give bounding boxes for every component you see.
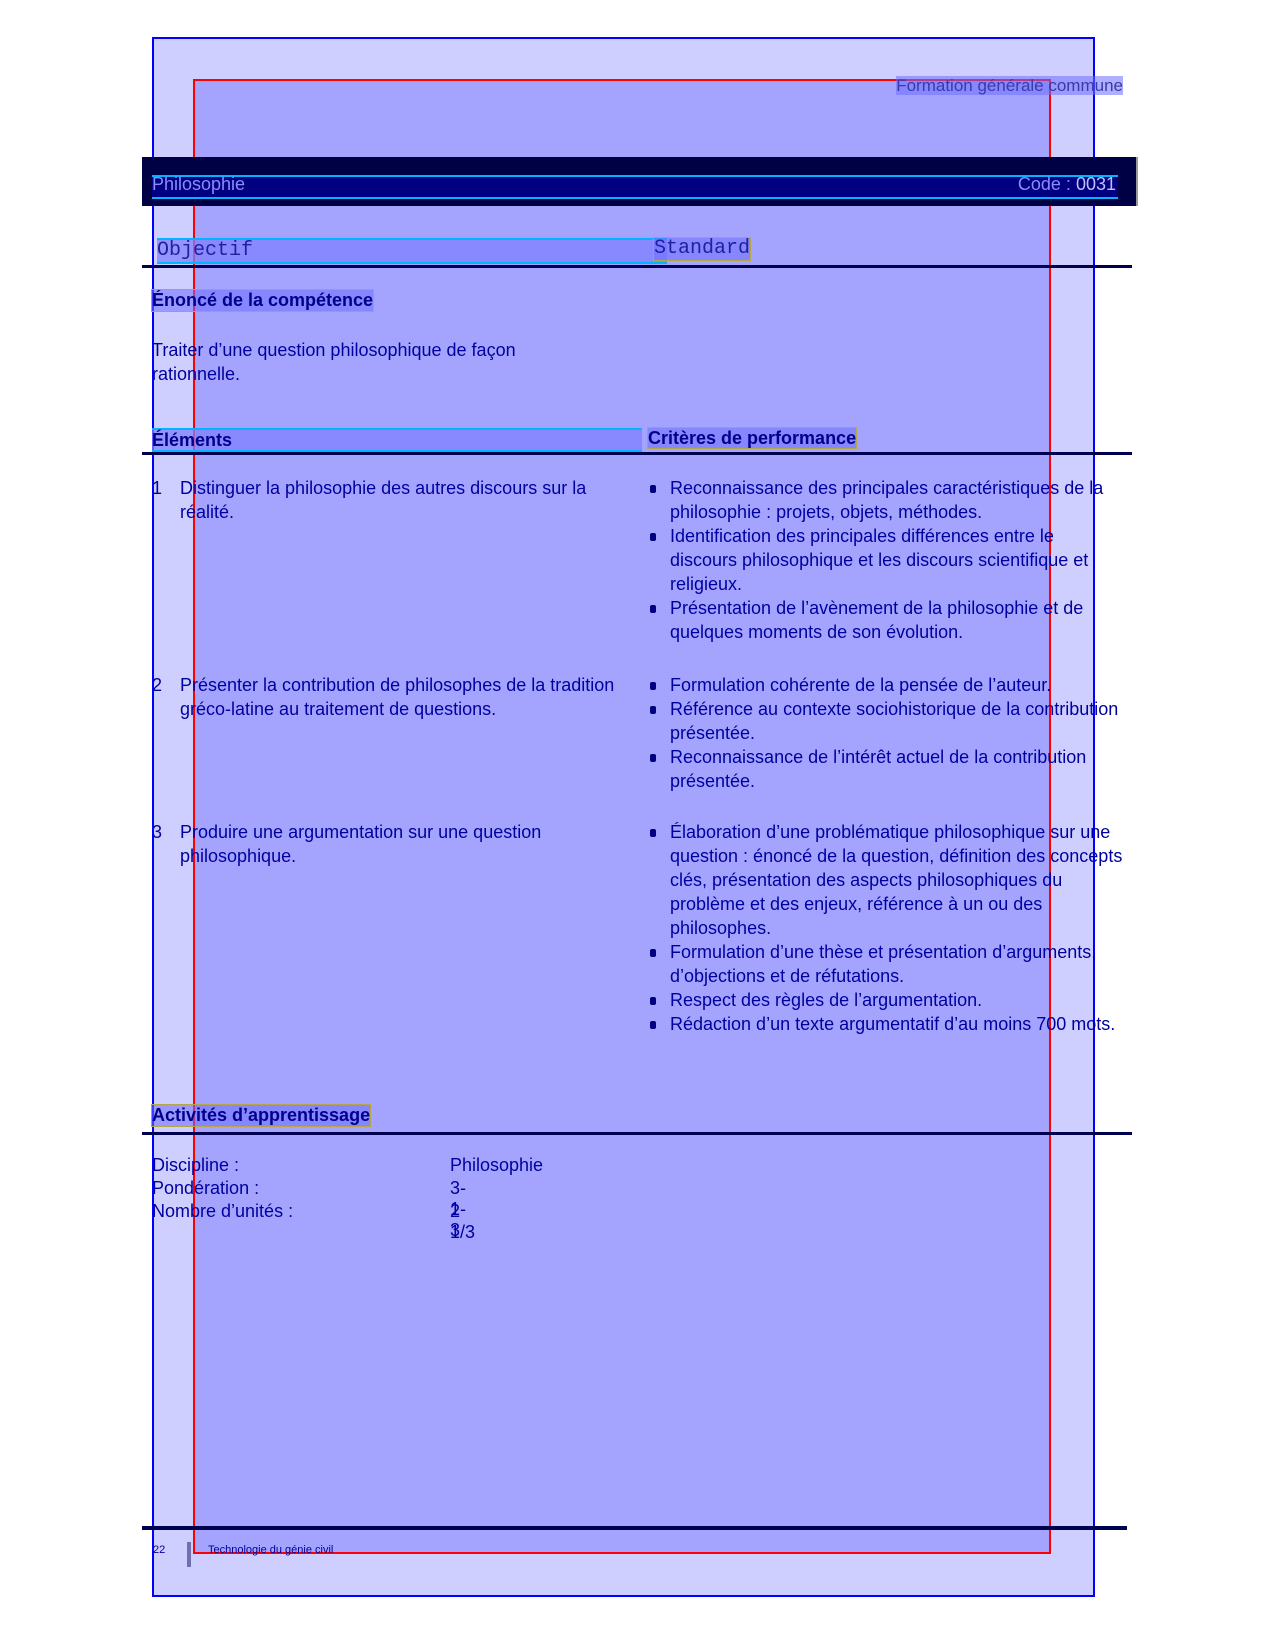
footer-title: Technologie du génie civil [208, 1544, 333, 1556]
criterion-item: Reconnaissance des principales caractéri… [648, 476, 1123, 524]
criterion-item: Référence au contexte sociohistorique de… [648, 697, 1123, 745]
element-item: 3Produire une argumentation sur une ques… [152, 820, 632, 868]
element-text: Présenter la contribution de philosophes… [180, 673, 632, 721]
competence-heading: Énoncé de la compétence [152, 290, 373, 311]
competence-text: Traiter d’une question philosophique de … [152, 338, 572, 386]
criterion-item: Reconnaissance de l’intérêt actuel de la… [648, 745, 1123, 793]
element-number: 3 [152, 820, 162, 844]
criteria-heading: Critères de performance [648, 428, 856, 448]
activity-row-ponderation: Pondération :3-1-3 [152, 1178, 259, 1199]
criteria-list: Formulation cohérente de la pensée de l’… [648, 673, 1123, 793]
elements-heading: Éléments [152, 428, 642, 452]
criterion-item: Présentation de l’avènement de la philos… [648, 596, 1123, 644]
element-number: 2 [152, 673, 162, 697]
element-text: Produire une argumentation sur une quest… [180, 820, 632, 868]
divider [142, 265, 1132, 268]
criterion-item: Identification des principales différenc… [648, 524, 1123, 596]
page-number: 22 [153, 1544, 165, 1556]
criteria-list: Élaboration d’une problématique philosop… [648, 820, 1123, 1036]
course-title: Philosophie [152, 174, 245, 195]
criterion-item: Élaboration d’une problématique philosop… [648, 820, 1123, 940]
activity-row-units: Nombre d’unités :2 1/3 [152, 1201, 293, 1222]
criterion-item: Formulation d’une thèse et présentation … [648, 940, 1123, 988]
criteria-list: Reconnaissance des principales caractéri… [648, 476, 1123, 644]
element-item: 2Présenter la contribution de philosophe… [152, 673, 632, 721]
course-header-bar: Philosophie Code : 0031 [142, 157, 1138, 206]
criterion-item: Respect des règles de l’argumentation. [648, 988, 1123, 1012]
criterion-item: Rédaction d’un texte argumentatif d’au m… [648, 1012, 1123, 1036]
footer-divider [142, 1526, 1127, 1530]
divider [142, 452, 1132, 455]
standard-column-label: Standard [654, 238, 750, 260]
activities-heading: Activités d’apprentissage [152, 1105, 370, 1126]
element-item: 1Distinguer la philosophie des autres di… [152, 476, 632, 524]
element-number: 1 [152, 476, 162, 500]
divider [142, 1132, 1132, 1135]
criterion-item: Formulation cohérente de la pensée de l’… [648, 673, 1123, 697]
objective-column-label: Objectif [157, 238, 667, 264]
course-code: Code : 0031 [1018, 174, 1116, 195]
activity-row-discipline: Discipline :Philosophie [152, 1155, 239, 1176]
element-text: Distinguer la philosophie des autres dis… [180, 476, 632, 524]
program-label: Formation générale commune [896, 76, 1123, 96]
footer-separator [187, 1542, 191, 1567]
